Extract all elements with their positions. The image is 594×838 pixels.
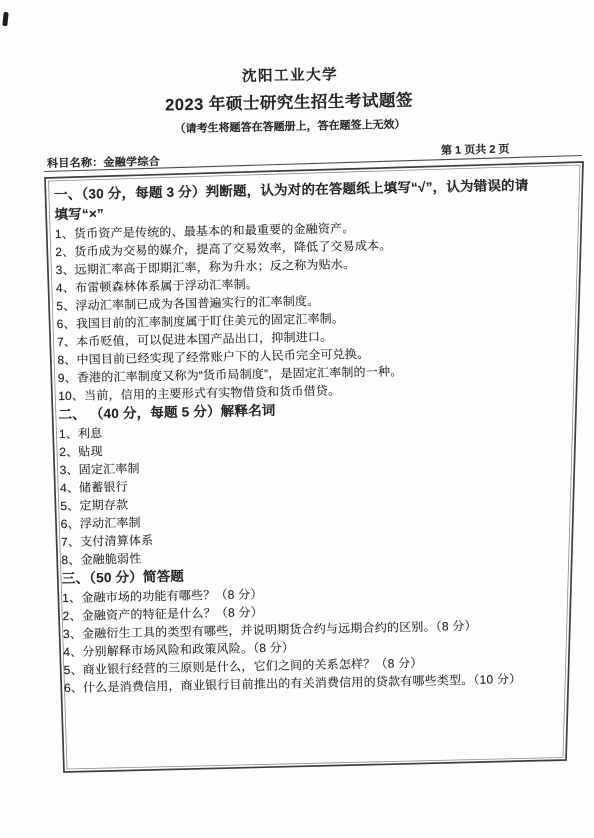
page-indicator: 第 1 页共 2 页 [441, 140, 510, 158]
scan-ink-mark [2, 12, 8, 26]
question-block: 一、（30 分，每题 3 分）判断题，认为对的在答题纸上填写“√”，认为错误的请… [54, 175, 576, 697]
exam-sheet-page: 沈阳工业大学 2023 年硕士研究生招生考试题签 （请考生将题答在答题册上，答在… [0, 0, 594, 838]
subject-label: 科目名称：金融学综合 [47, 153, 160, 171]
